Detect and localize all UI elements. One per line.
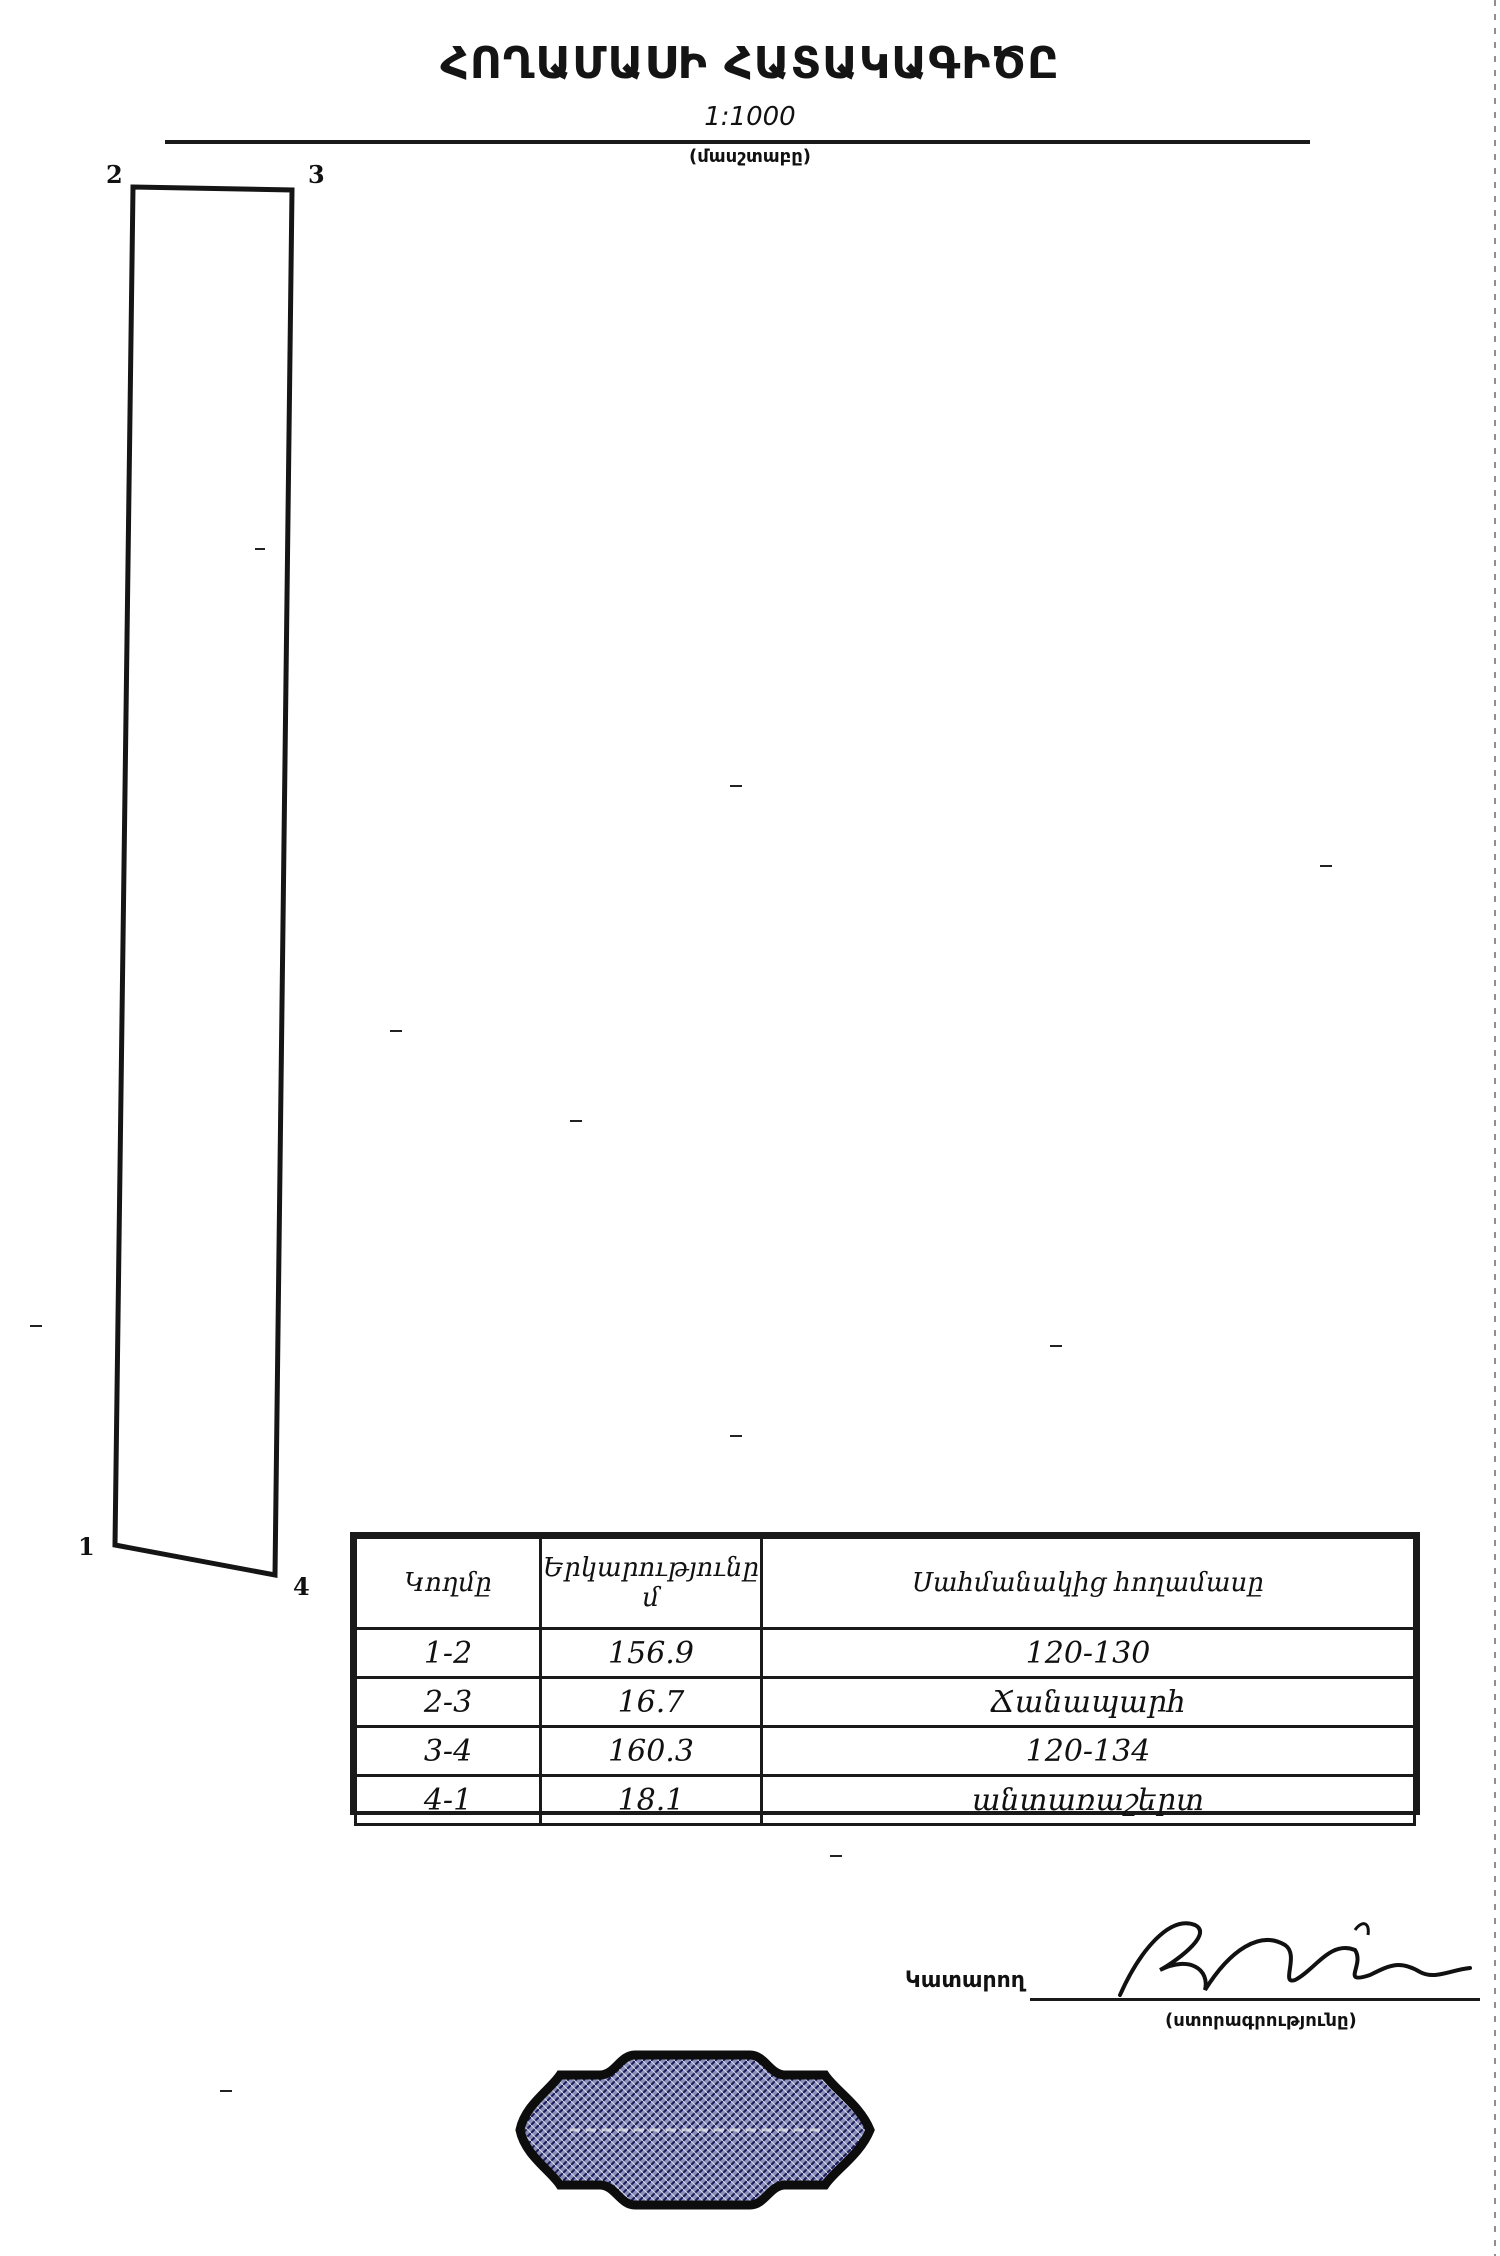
table-header-row: Կողմը Երկարությունը մ Սահմանակից հողամաս… bbox=[356, 1538, 1415, 1629]
cell-adjacent: 120-134 bbox=[762, 1727, 1415, 1776]
scan-speck bbox=[730, 1435, 742, 1437]
performer-label: Կատարող bbox=[905, 1968, 1025, 1993]
vertex-label-2: 2 bbox=[106, 160, 123, 189]
scan-speck bbox=[570, 1120, 582, 1122]
table-row: 4-1 18.1 անտառաշերտ bbox=[356, 1776, 1415, 1825]
signature-caption: (ստորագրությունը) bbox=[1165, 2010, 1357, 2031]
vertex-label-4: 4 bbox=[293, 1572, 310, 1601]
cell-side: 2-3 bbox=[356, 1678, 541, 1727]
ornamental-seal-icon bbox=[515, 2045, 875, 2215]
scan-speck bbox=[1050, 1345, 1062, 1347]
header-side: Կողմը bbox=[356, 1538, 541, 1629]
cell-adjacent: անտառաշերտ bbox=[762, 1776, 1415, 1825]
land-plot-boundary bbox=[115, 187, 292, 1575]
scan-speck bbox=[730, 785, 742, 787]
scan-speck bbox=[30, 1325, 42, 1327]
scan-speck bbox=[390, 1030, 402, 1032]
vertex-label-1: 1 bbox=[78, 1532, 95, 1561]
scan-speck bbox=[1320, 865, 1332, 867]
table-row: 3-4 160.3 120-134 bbox=[356, 1727, 1415, 1776]
handwritten-signature-icon bbox=[1100, 1910, 1480, 2005]
table-row: 1-2 156.9 120-130 bbox=[356, 1629, 1415, 1678]
scan-speck bbox=[220, 2090, 232, 2092]
cell-length: 16.7 bbox=[541, 1678, 762, 1727]
header-length: Երկարությունը մ bbox=[541, 1538, 762, 1629]
cell-length: 156.9 bbox=[541, 1629, 762, 1678]
scan-speck bbox=[255, 548, 265, 550]
cell-side: 4-1 bbox=[356, 1776, 541, 1825]
vertex-label-3: 3 bbox=[308, 160, 325, 189]
cell-adjacent: 120-130 bbox=[762, 1629, 1415, 1678]
table-row: 2-3 16.7 Ճանապարհ bbox=[356, 1678, 1415, 1727]
cell-side: 1-2 bbox=[356, 1629, 541, 1678]
cell-length: 160.3 bbox=[541, 1727, 762, 1776]
scan-edge-line bbox=[1494, 0, 1496, 2256]
header-adjacent: Սահմանակից հողամասը bbox=[762, 1538, 1415, 1629]
scan-speck bbox=[830, 1855, 842, 1857]
boundary-table: Կողմը Երկարությունը մ Սահմանակից հողամաս… bbox=[350, 1532, 1420, 1815]
cell-side: 3-4 bbox=[356, 1727, 541, 1776]
cell-length: 18.1 bbox=[541, 1776, 762, 1825]
cell-adjacent: Ճանապարհ bbox=[762, 1678, 1415, 1727]
